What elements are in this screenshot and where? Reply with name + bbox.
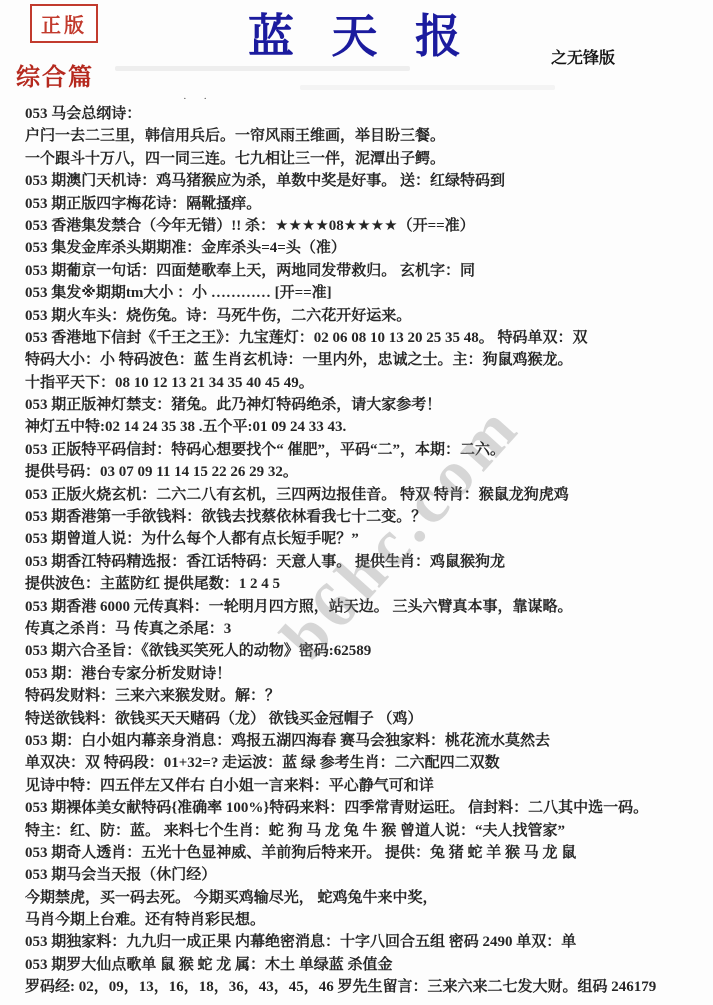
edition-label: 之无锋版 [551,45,615,68]
text-line: 053 正版特平码信封：特码心想要找个“ 催肥”，平码“二”，本期：二六。 [25,439,711,461]
text-line: 053 期六合圣旨：《欲钱买笑死人的动物》密码:62589 [25,640,711,662]
text-line: 053 香港集发禁合（今年无错）!! 杀：★★★★08★★★★（开==准） [25,215,711,237]
text-line: 特码发财料：三来六来猴发财。解：？ [25,685,711,707]
text-line: 罗码经: 02，09，13，16，18，36，43，45，46 罗先生留言：三来… [25,976,711,998]
report-lines: 053 马会总纲诗：户闩一去二三里，韩信用兵后。一帘风雨王维画，举目盼三餐。一个… [25,103,711,999]
text-line: 提供波色：主蓝防红 提供尾数：1 2 4 5 [25,573,711,595]
text-line: 053 期：港台专家分析发财诗！ [25,663,711,685]
text-line: 053 期香港第一手欲钱料：欲钱去找蔡依林看我七十二变。？ [25,506,711,528]
text-line: 053 期葡京一句话：四面楚歌奉上天，两地同发带救归。 玄机字：同 [25,260,711,282]
text-line: 053 期裸体美女献特码{准确率 100%}特码来料：四季常青财运旺。 信封料：… [25,797,711,819]
text-line: 053 期香江特码精选报：香江话特码：天意人事。 提供生肖：鸡鼠猴狗龙 [25,551,711,573]
text-line: 053 期独家料：九九归一成正果 内幕绝密消息：十字八回合五组 密码 2490 … [25,931,711,953]
text-line: 053 期曾道人说：为什么每个人都有点长短手呢？” [25,528,711,550]
text-line: 053 期火车头：烧伤兔。诗：马死牛伤，二六花开好运来。 [25,305,711,327]
text-line: 传真之杀肖：马 传真之杀尾：3 [25,618,711,640]
authentic-stamp: 正版 [30,4,98,43]
text-line: 053 期罗大仙点歌单 鼠 猴 蛇 龙 属：木土 单绿蓝 杀值金 [25,954,711,976]
text-line: 特主：红、防：蓝。 来料七个生肖：蛇 狗 马 龙 兔 牛 猴 曾道人说：“夫人找… [25,820,711,842]
text-line: 十指平天下：08 10 12 13 21 34 35 40 45 49。 [25,372,711,394]
text-line: 053 期澳门天机诗：鸡马猪猴应为杀，单数中奖是好事。 送：红绿特码到 [25,170,711,192]
text-line: 053 期：白小姐内幕亲身消息：鸡报五湖四海春 赛马会独家料：桃花流水莫然去 [25,730,711,752]
text-line: 053 期香港 6000 元传真料：一轮明月四方照，站天边。 三头六臂真本事，靠… [25,596,711,618]
text-line: 户闩一去二三里，韩信用兵后。一帘风雨王维画，举目盼三餐。 [25,125,711,147]
scan-residue-mark [300,85,555,90]
text-line: 053 期正版神灯禁支：猪兔。此乃神灯特码绝杀，请大家参考！ [25,394,711,416]
page-title: 蓝 天 报 [248,0,474,66]
text-line: 一个跟斗十万八，四一同三连。七九相让三一伴，泥潭出子鳄。 [25,148,711,170]
section-label: 综合篇 [16,57,94,92]
text-line: 今期禁虎，买一码去死。 今期买鸡输尽光， 蛇鸡兔牛来中奖， [25,887,711,909]
text-line: 053 集发金库杀头期期准：金库杀头=4=头（准） [25,237,711,259]
text-line: 特码大小：小 特码波色：蓝 生肖玄机诗：一里内外，忠诚之士。主：狗鼠鸡猴龙。 [25,349,711,371]
text-line: 053 正版火烧玄机：二六二八有玄机，三四两边报佳音。 特双 特肖：猴鼠龙狗虎鸡 [25,484,711,506]
text-line: 提供号码：03 07 09 11 14 15 22 26 29 32。 [25,461,711,483]
text-line: 神灯五中特:02 14 24 35 38 .五个平:01 09 24 33 43… [25,416,711,438]
text-line: 053 集发※期期tm大小 ：小 ………… [开==准] [25,282,711,304]
text-line: 见诗中特：四五伴左又伴右 白小姐一言来料：平心静气可和详 [25,775,711,797]
text-line: 特送欲钱料：欲钱买天天赌码（龙） 欲钱买金冠帽子 （鸡） [25,708,711,730]
text-line: 单双决：双 特码段：01+32=? 走运波：蓝 绿 参考生肖：二六配四二双数 [25,752,711,774]
scanned-report-page: 正版 蓝 天 报 之无锋版 综合篇 · · 053 马会总纲诗：户闩一去二三里，… [0,0,713,1005]
text-line: 马肖今期上台难。还有特肖彩民想。 [25,909,711,931]
text-line: 053 期正版四字梅花诗：隔靴搔痒。 [25,193,711,215]
text-line: 053 期马会当天报（休门经） [25,864,711,886]
text-line: 053 香港地下信封《千王之王》：九宝莲灯：02 06 08 10 13 20 … [25,327,711,349]
text-line: 053 马会总纲诗： [25,103,711,125]
scan-residue-mark [115,66,410,71]
text-line: 053 期奇人透肖：五光十色显神威、羊前狗后特来开。 提供：兔 猪 蛇 羊 猴 … [25,842,711,864]
